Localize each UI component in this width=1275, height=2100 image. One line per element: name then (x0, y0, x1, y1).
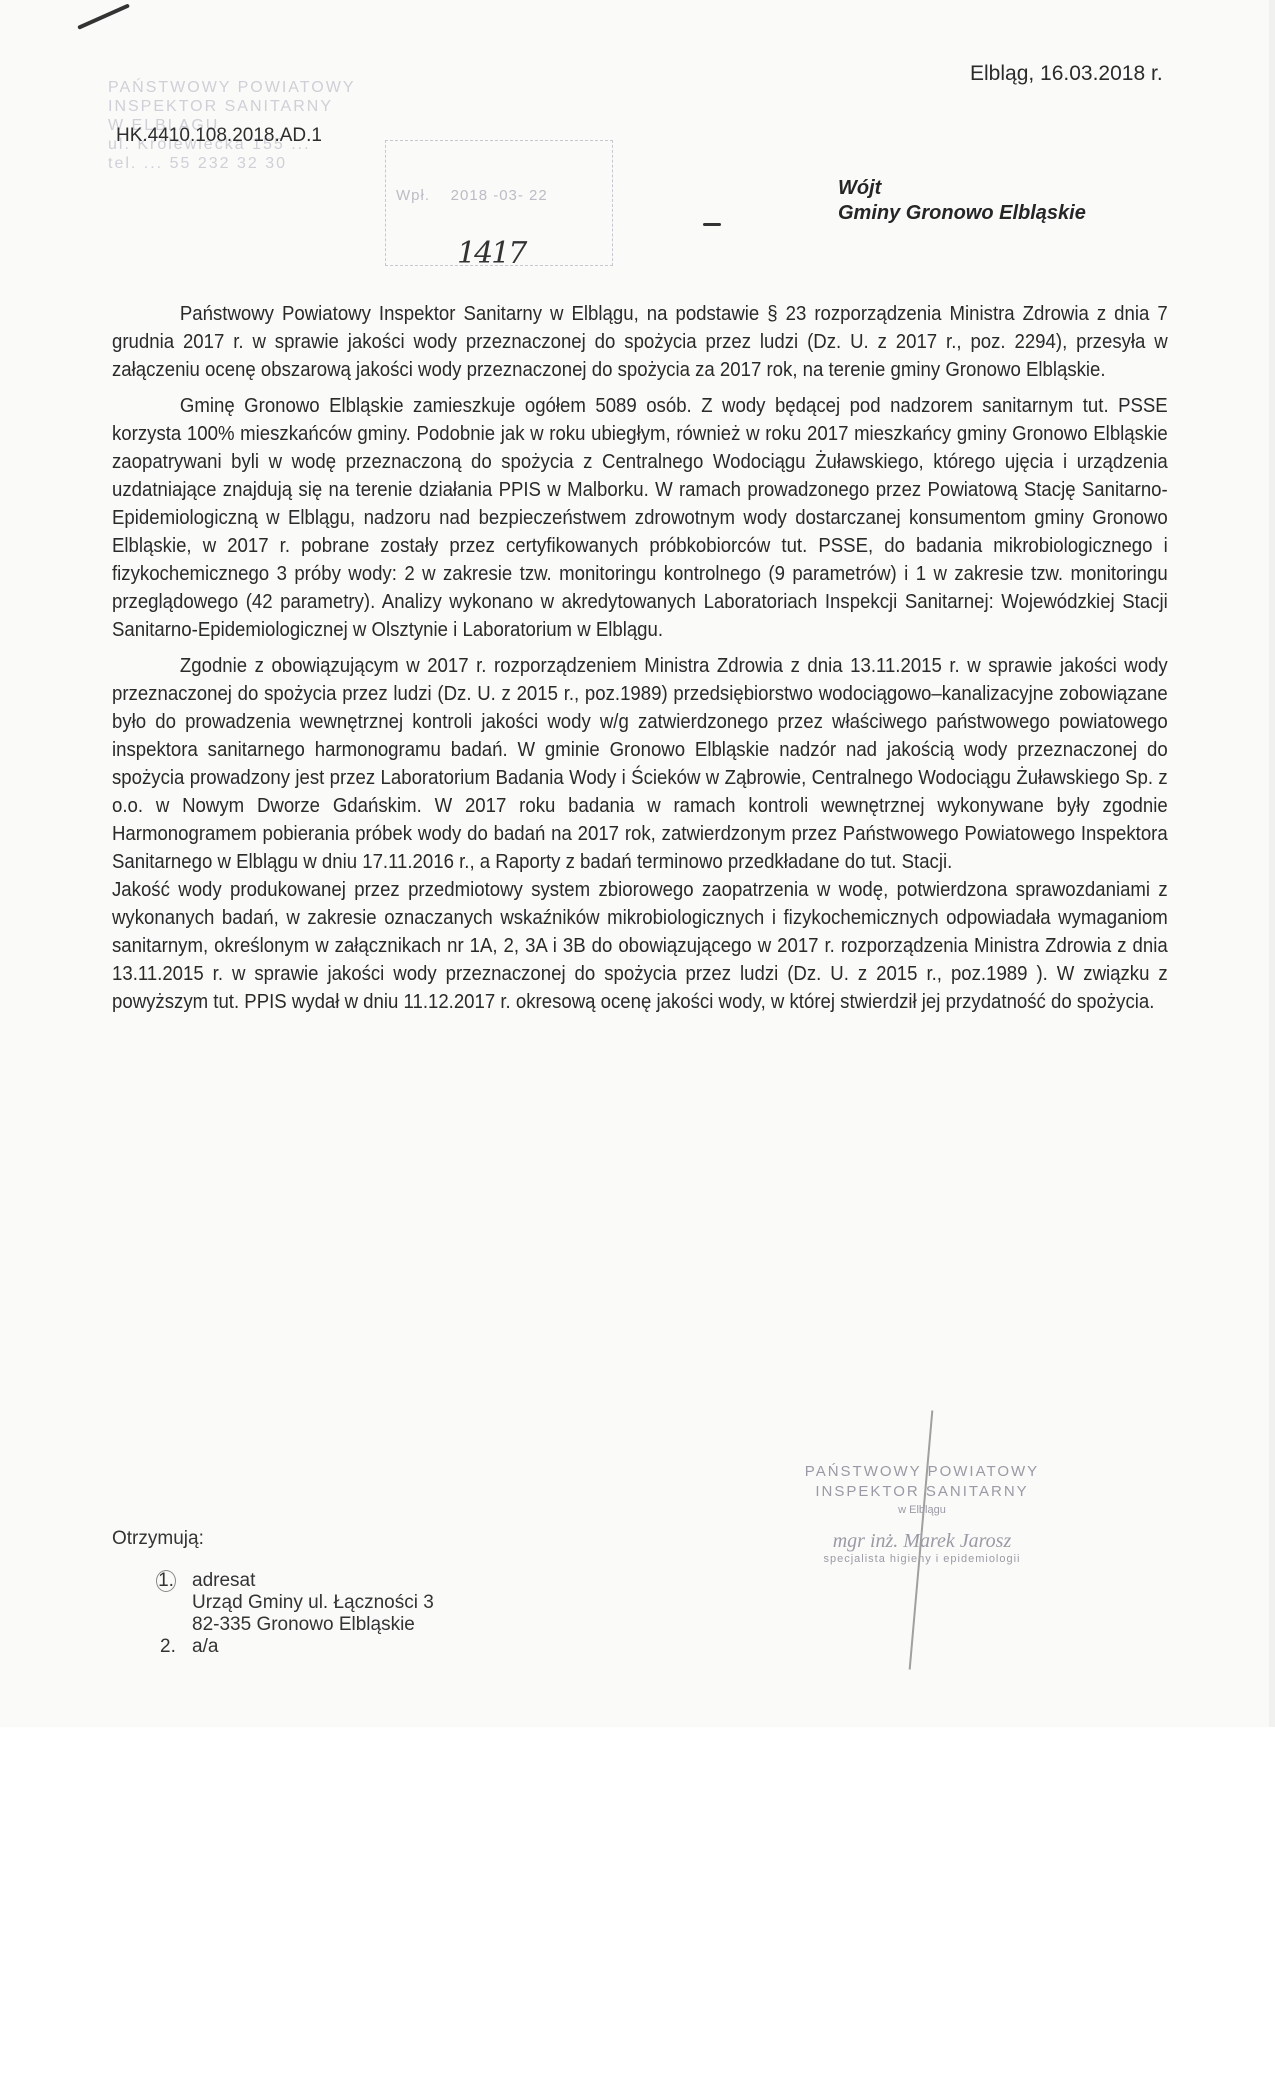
stamp-line: INSPEKTOR SANITARNY (108, 97, 428, 116)
item-line: Urząd Gminy ul. Łączności 3 (192, 1592, 434, 1614)
signatory-title: specjalista higieny i epidemiologii (792, 1553, 1052, 1565)
scanned-page: PAŃSTWOWY POWIATOWY INSPEKTOR SANITARNY … (0, 0, 1275, 1727)
received-label: Wpł. (396, 187, 430, 204)
paragraph-2: Gminę Gronowo Elbląskie zamieszkuje ogół… (112, 392, 1168, 644)
addressee-line-1: Wójt (838, 176, 1086, 201)
place-and-date: Elbląg, 16.03.2018 r. (970, 62, 1163, 86)
distribution-item: 1. adresat Urząd Gminy ul. Łączności 3 8… (160, 1570, 434, 1636)
item-line: adresat (192, 1570, 434, 1592)
item-line: a/a (192, 1636, 218, 1658)
letter-body: Państwowy Powiatowy Inspektor Sanitarny … (112, 300, 1168, 1024)
item-line: 82-335 Gronowo Elbląskie (192, 1614, 434, 1636)
stamp-line: PAŃSTWOWY POWIATOWY (108, 78, 428, 97)
addressee-block: Wójt Gminy Gronowo Elbląskie (838, 176, 1086, 226)
distribution-item: 2. a/a (160, 1636, 434, 1658)
item-number: 2. (160, 1636, 192, 1658)
addressee-line-2: Gminy Gronowo Elbląskie (838, 201, 1086, 226)
dash-mark (703, 223, 721, 226)
distribution-list: Otrzymują: 1. adresat Urząd Gminy ul. Łą… (112, 1528, 434, 1658)
stamp-office-line-2: INSPEKTOR SANITARNY (792, 1482, 1052, 1502)
paragraph-1: Państwowy Powiatowy Inspektor Sanitarny … (112, 300, 1168, 384)
item-number-circled: 1. (156, 1570, 176, 1592)
distribution-heading: Otrzymują: (112, 1528, 434, 1550)
page-edge-shadow (1269, 0, 1275, 1727)
paragraph-3: Zgodnie z obowiązującym w 2017 r. rozpor… (112, 652, 1168, 876)
signatory-name: mgr inż. Marek Jarosz (792, 1530, 1052, 1553)
paragraph-4: Jakość wody produkowanej przez przedmiot… (112, 876, 1168, 1016)
pen-stroke-mark (77, 3, 130, 29)
reference-number: HK.4410.108.2018.AD.1 (116, 125, 322, 147)
stamp-line: tel. ... 55 232 32 30 (108, 154, 428, 173)
received-date: 2018 -03- 22 (451, 187, 548, 204)
signature-stamp: PAŃSTWOWY POWIATOWY INSPEKTOR SANITARNY … (792, 1462, 1052, 1565)
stamp-office-line-1: PAŃSTWOWY POWIATOWY (792, 1462, 1052, 1482)
stamp-office-city: w Elblągu (792, 1502, 1052, 1518)
registration-number: 1417 (457, 236, 525, 271)
